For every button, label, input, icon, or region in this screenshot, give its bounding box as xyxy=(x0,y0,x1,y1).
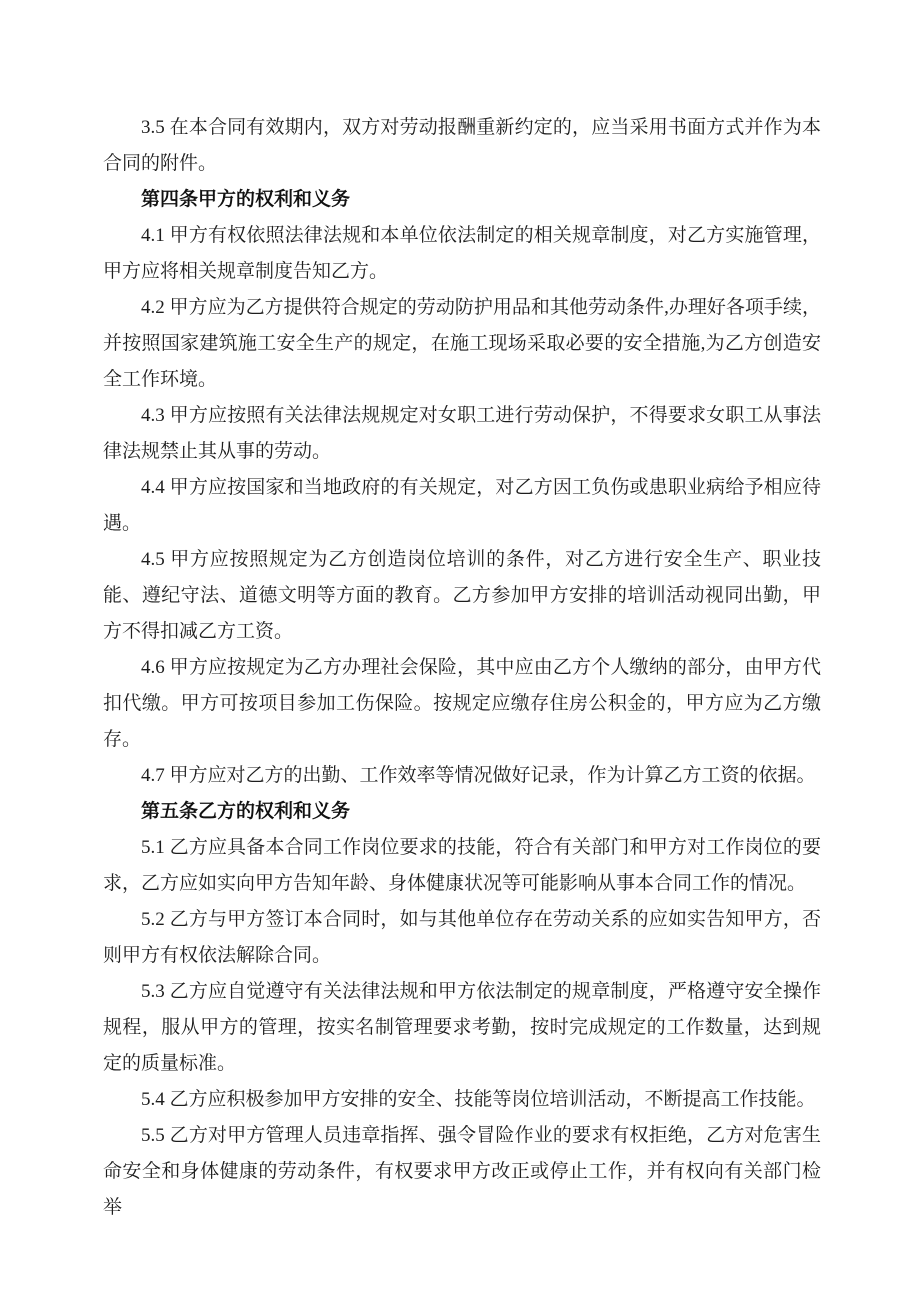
document-body: 3.5 在本合同有效期内，双方对劳动报酬重新约定的，应当采用书面方式并作为本合同… xyxy=(103,110,821,1226)
paragraph: 4.6 甲方应按规定为乙方办理社会保险，其中应由乙方个人缴纳的部分，由甲方代扣代… xyxy=(103,650,821,758)
paragraph: 5.3 乙方应自觉遵守有关法律法规和甲方依法制定的规章制度，严格遵守安全操作规程… xyxy=(103,974,821,1082)
document-page: 3.5 在本合同有效期内，双方对劳动报酬重新约定的，应当采用书面方式并作为本合同… xyxy=(0,0,920,1301)
paragraph: 4.3 甲方应按照有关法律法规规定对女职工进行劳动保护，不得要求女职工从事法律法… xyxy=(103,398,821,470)
paragraph: 4.4 甲方应按国家和当地政府的有关规定，对乙方因工负伤或患职业病给予相应待遇。 xyxy=(103,470,821,542)
section-heading: 第五条乙方的权利和义务 xyxy=(103,794,821,830)
paragraph: 5.2 乙方与甲方签订本合同时，如与其他单位存在劳动关系的应如实告知甲方，否则甲… xyxy=(103,902,821,974)
paragraph: 5.5 乙方对甲方管理人员违章指挥、强令冒险作业的要求有权拒绝，乙方对危害生命安… xyxy=(103,1118,821,1226)
paragraph: 5.1 乙方应具备本合同工作岗位要求的技能，符合有关部门和甲方对工作岗位的要求，… xyxy=(103,830,821,902)
paragraph: 4.2 甲方应为乙方提供符合规定的劳动防护用品和其他劳动条件,办理好各项手续，并… xyxy=(103,290,821,398)
paragraph: 4.1 甲方有权依照法律法规和本单位依法制定的相关规章制度，对乙方实施管理，甲方… xyxy=(103,218,821,290)
paragraph: 4.5 甲方应按照规定为乙方创造岗位培训的条件，对乙方进行安全生产、职业技能、遵… xyxy=(103,542,821,650)
paragraph: 5.4 乙方应积极参加甲方安排的安全、技能等岗位培训活动，不断提高工作技能。 xyxy=(103,1082,821,1118)
paragraph: 3.5 在本合同有效期内，双方对劳动报酬重新约定的，应当采用书面方式并作为本合同… xyxy=(103,110,821,182)
section-heading: 第四条甲方的权利和义务 xyxy=(103,182,821,218)
paragraph: 4.7 甲方应对乙方的出勤、工作效率等情况做好记录，作为计算乙方工资的依据。 xyxy=(103,758,821,794)
